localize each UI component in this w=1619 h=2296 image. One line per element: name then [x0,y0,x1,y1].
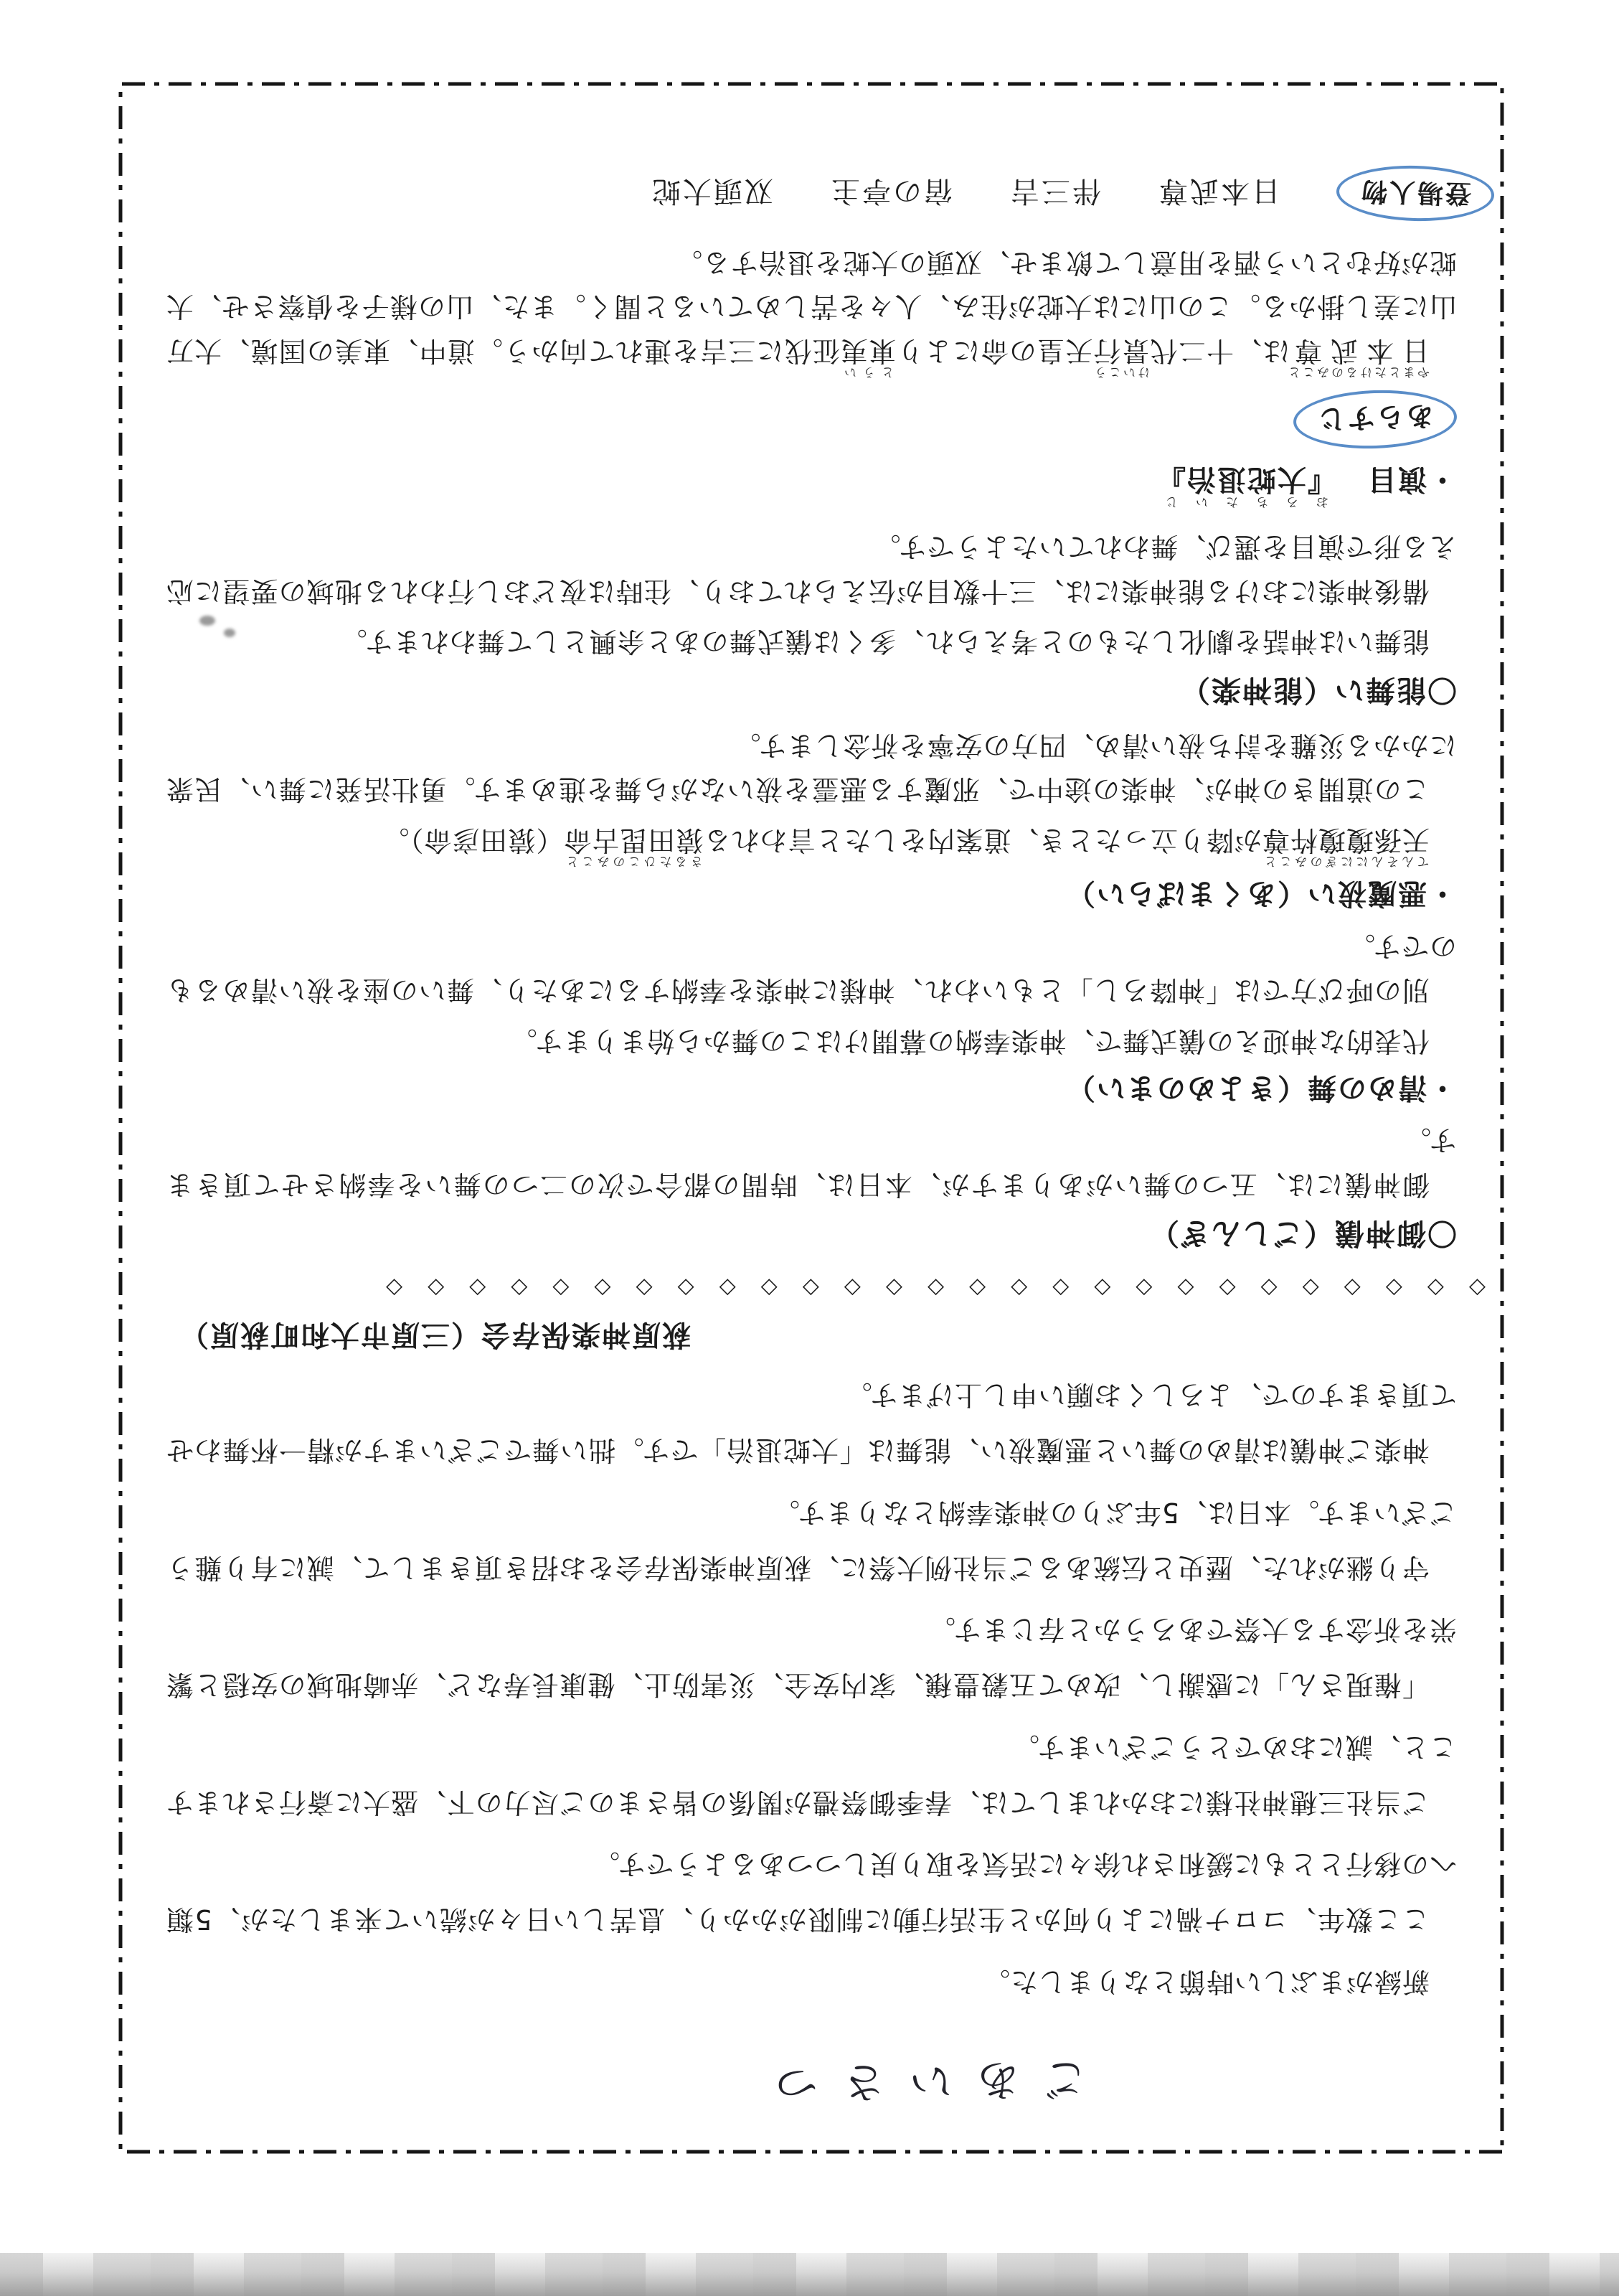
page-title: ごあいさつ [273,2042,1504,2126]
ruby-furigana: やまとたけるのみこと [1286,364,1430,379]
ruby-ninigi: 天孫瓊瓊杵尊てんそんににぎのみこと [1262,824,1430,856]
ruby-keikou: 景行けいこう [1093,335,1150,367]
ruby-base: 東夷 [840,335,896,367]
noumai-body-1: 能舞いは神話を劇化したものと考えられ、多くは儀式舞のあと余興として舞われます。 [166,619,1457,664]
akuma-body-2: この道開きの神が、神楽の途中で、邪魔する悪霊を祓いながら舞を進めます。勇壮活発に… [166,723,1457,811]
greeting-section: 新緑がまぶしい時節となりました。 ここ数年、コロナ禍により何かと生活行動に制限が… [166,1317,1457,2009]
diamond-separator: ◇◇◇◇◇◇◇◇◇◇◇◇◇◇◇◇◇◇◇◇◇◇◇◇◇◇◇ [166,1276,1486,1301]
story-paragraph: 日本武尊やまとたけるのみことは、十二代景行けいこう天皇の命により東夷とうい征伐に… [166,240,1457,379]
story-text: は、十二代 [1150,335,1290,367]
document-content: ごあいさつ 新緑がまぶしい時節となりました。 ここ数年、コロナ禍により何かと生活… [118,82,1504,2154]
scanned-document-page: ごあいさつ 新緑がまぶしい時節となりました。 ここ数年、コロナ禍により何かと生活… [0,0,1619,2296]
akuma-text: が降り立ったとき、道案内をしたと言われる [704,824,1262,856]
cast-role: 伴三吉 [1009,173,1101,214]
program-label: ・演目 [1336,463,1457,496]
cast-pen-circle: 登場人物 [1336,164,1495,223]
greeting-paragraph: ここ数年、コロナ禍により何かと生活行動に制限がかかり、息苦しい日々が続いて来まし… [166,1837,1457,1947]
program-line: ・演目 『大蛇退治』おろちたいじ [166,461,1457,509]
story-text: 天皇の命により [896,335,1092,367]
cast-label: 登場人物 [1359,176,1472,208]
greeting-paragraph: 新緑がまぶしい時節となりました。 [166,1954,1457,2009]
greeting-paragraph: 「権現さん」に感謝し、改めて五穀豊穣、家内安全、災害防止、健康長寿など、赤崎地域… [166,1602,1457,1713]
ruby-toui: 東夷とうい [840,335,896,367]
arasuji-block: あらすじ [166,390,1457,448]
greeting-paragraph: 守り継がれた、歴史と伝統あるご当社例大祭に、萩原神楽保存会をお招き頂きまして、誠… [166,1485,1457,1595]
greeting-paragraph: 神楽ご神儀は清めの舞いと悪魔祓い、能舞は「大蛇退治」です。拙い舞でございますが精… [166,1368,1457,1478]
akuma-body-1: 天孫瓊瓊杵尊てんそんににぎのみことが降り立ったとき、道案内をしたと言われる猿田毘… [166,817,1457,868]
ruby-base: 景行 [1092,335,1150,367]
ruby-base: 猿田毘古命 [563,824,703,856]
upside-down-sheet: ごあいさつ 新緑がまぶしい時節となりました。 ここ数年、コロナ禍により何かと生活… [0,0,1619,2296]
goshingi-heading: 〇御神儀（ごしんぎ） [166,1215,1457,1257]
program-title: 『大蛇退治』 [1156,463,1336,496]
cast-role: 宿の亭主 [829,173,953,214]
greeting-paragraph: ご当社三穂神社様におかれましては、春季御祭禮が関係の皆さまのご尽力の下、盛大に斎… [166,1719,1457,1830]
cast-list: 登場人物 日本武尊 伴三吉 宿の亭主 双頭大蛇 [166,166,1457,221]
ruby-furigana: てんそんににぎのみこと [1262,854,1430,868]
akuma-text: （猿田彦命）。 [381,824,563,856]
arasuji-pen-circle: あらすじ [1293,387,1458,451]
noumai-heading: 〇能舞い（能神楽） [166,672,1457,714]
ruby-sarutahiko: 猿田毘古命さるたひこのみこと [563,824,703,856]
ruby-base: 日本武尊 [1286,335,1430,367]
cast-role: 双頭大蛇 [650,173,773,214]
ruby-base: 天孫瓊瓊杵尊 [1262,824,1430,856]
kiyome-body-1: 代表的な神迎えの儀式舞で、神楽奉納の幕開けはこの舞から始まります。 [166,1018,1457,1063]
arasuji-label: あらすじ [1316,400,1434,436]
ruby-furigana: さるたひこのみこと [563,854,703,868]
akuma-heading: ・悪魔祓い（あくまばらい） [166,875,1457,916]
ruby-orochi: 『大蛇退治』おろちたいじ [1156,463,1336,496]
noumai-body-2: 備後神楽における能神楽には、三十数目が伝えられており、往時は夜どおし行われる地域… [166,524,1457,613]
ruby-yamatotakeru: 日本武尊やまとたけるのみこと [1290,335,1430,367]
goshingi-body: 御神儀には、五つの舞いがありますが、本日は、時間の都合で次の二つの舞いを奉納させ… [166,1118,1457,1206]
kiyome-heading: ・清めの舞（きよめのまい） [166,1070,1457,1111]
ruby-furigana: けいこう [1092,364,1150,379]
ruby-furigana: とうい [840,364,896,379]
cast-role: 日本武尊 [1157,173,1280,214]
goshingi-section: 〇御神儀（ごしんぎ） 御神儀には、五つの舞いがありますが、本日は、時間の都合で次… [166,166,1457,1257]
signature-line: 萩原神楽保存会（三原市大和町萩原） [166,1317,1457,1358]
kiyome-body-2: 別の呼び方では「神降ろし」ともいわれ、神様に神楽を奉納するにあたり、舞いの座を祓… [166,923,1457,1012]
ruby-furigana: おろちたいじ [1156,494,1336,509]
